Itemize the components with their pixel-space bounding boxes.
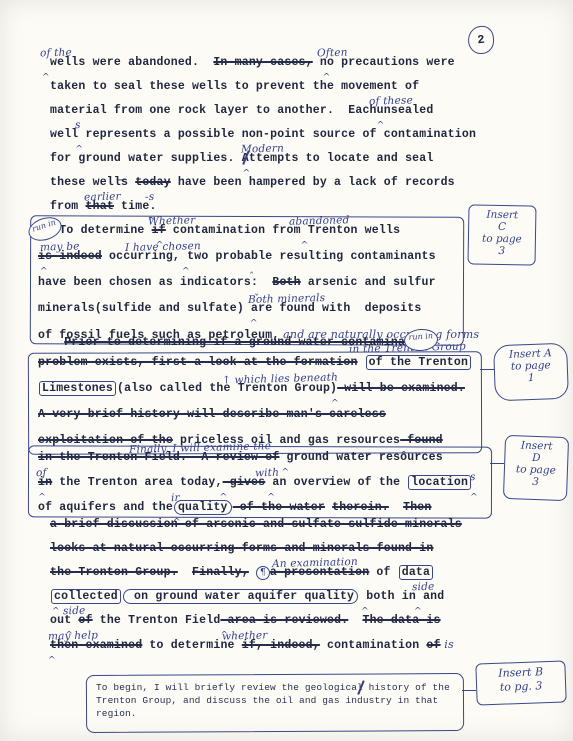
- handwritten-note: may help: [48, 630, 98, 642]
- handwritten-note: with: [255, 468, 279, 480]
- insert-note-line: 3: [506, 475, 564, 489]
- insert-note-line: to pg. 3: [479, 679, 563, 696]
- typed-text: contamination: [320, 639, 427, 652]
- hand-boxed-text: collected: [51, 589, 121, 604]
- handwritten-note: -s: [145, 192, 155, 203]
- struck-text: looks at natural occurring forms and min…: [50, 542, 433, 555]
- insert-note-d: Insert D to page 3: [503, 435, 569, 501]
- struck-text: will be examined.: [337, 382, 465, 395]
- insert-a-connector-line: [480, 369, 494, 370]
- editing-mark: ^: [48, 656, 56, 666]
- slashed-letter: l: [357, 682, 363, 693]
- typed-text: [178, 566, 192, 579]
- typed-text: region.: [96, 708, 137, 719]
- insert-note-b: Insert B to pg. 3: [475, 660, 566, 705]
- insert-note-line: Insert: [471, 208, 533, 221]
- typed-text: [50, 336, 64, 349]
- page-number: 2: [467, 25, 496, 56]
- insert-note-line: 1: [497, 371, 565, 385]
- text-line: ^collected on ground water aquifer quali…: [50, 590, 462, 614]
- typed-text: of aquifers: [38, 501, 116, 514]
- insert-note-line: 3: [471, 244, 533, 257]
- pilcrow-mark: ¶: [256, 566, 270, 580]
- typed-text: two probable resulting contaminants: [180, 250, 436, 263]
- handwritten-note: of: [36, 468, 47, 479]
- struck-text: a brief discussion of arsenic and sulfat…: [50, 518, 462, 531]
- text-line: To begin, I will briefly review the geol…: [96, 682, 450, 695]
- text-line: may help^then examined to determine whet…: [50, 638, 462, 662]
- text-line: region.: [96, 708, 450, 721]
- typed-text: minerals: [38, 302, 95, 315]
- hand-boxed-text: of the Trenton: [366, 355, 471, 370]
- text-line: the Trenton Group. Finally, ¶An examinat…: [50, 566, 462, 590]
- handwritten-note: Both minerals: [248, 293, 326, 306]
- text-line: To determine ifWhether^ contamination fr…: [38, 224, 479, 250]
- typed-text: material from one rock layer to another.…: [50, 104, 377, 117]
- text-line: material from one rock layer to another.…: [50, 104, 476, 128]
- text-line: Limestones(also called the Trenton Group…: [38, 382, 472, 408]
- typed-addition-text: To begin, I will briefly review the geol…: [96, 682, 450, 721]
- typed-text: these wells: [50, 176, 135, 189]
- struck-text: Prior to determining if a ground water c…: [64, 336, 433, 349]
- insert-note-line: C: [471, 220, 533, 233]
- insert-note-line: to page: [507, 463, 565, 477]
- typed-text: (sulfide and sulfate): [95, 302, 244, 315]
- insert-b-connector-line: [462, 690, 476, 691]
- handwritten-note: Whether: [148, 215, 196, 227]
- typed-text: have been chosen as indicators: [38, 276, 251, 289]
- typed-text: [389, 501, 403, 514]
- text-line: may be^is indeed occurring,I have chosen…: [38, 250, 479, 276]
- typed-text: from: [50, 200, 86, 213]
- struck-text: A very brief history will describe man's…: [38, 408, 386, 421]
- handwritten-note: abandoned: [289, 215, 350, 228]
- typed-text: arsenic and sulfur: [301, 276, 436, 289]
- typed-text: the Trenton Field: [93, 614, 221, 627]
- struck-text: found: [400, 434, 443, 447]
- typed-text: represents a possible non-point source o…: [78, 128, 476, 141]
- text-line: from earlierthat time-s^.: [50, 200, 476, 224]
- typed-text: an overview of the: [265, 476, 407, 489]
- typed-text: for ground: [50, 152, 121, 165]
- editing-mark: ^: [42, 73, 50, 83]
- typed-text: of: [369, 566, 397, 579]
- struck-text: the Trenton Group.: [50, 566, 178, 579]
- typed-text: water resources: [329, 451, 443, 464]
- struck-text: of: [426, 639, 440, 652]
- opening-paragraph: of the^wells were abandoned. In many cas…: [50, 56, 476, 224]
- typed-text: To begin, I will briefly review the geol…: [96, 682, 357, 693]
- handwritten-text: is: [441, 638, 454, 651]
- typed-text: wells were abandoned.: [50, 56, 213, 69]
- handwritten-note: side: [63, 606, 86, 618]
- handwritten-note: of the: [40, 48, 72, 60]
- closing-paragraph: a brief discussion of arsenic and sulfat…: [50, 518, 462, 662]
- handwritten-note: may be: [40, 241, 80, 253]
- handwritten-note: ir: [171, 493, 180, 504]
- text-line: of the^wells were abandoned. In many cas…: [50, 56, 476, 80]
- handwritten-note: Often: [317, 48, 348, 60]
- typed-text: ground: [279, 451, 329, 464]
- hand-circled-text: quality: [174, 500, 232, 515]
- text-line: a brief discussion of arsenic and sulfat…: [50, 518, 462, 542]
- handwritten-note: ˆ: [248, 272, 254, 283]
- typed-text: [249, 566, 256, 579]
- typed-text: [258, 276, 272, 289]
- text-line: A very brief history will describe man's…: [38, 408, 472, 434]
- slashed-letter: A: [242, 152, 249, 165]
- hand-circled-text: on ground water aquifer quality: [123, 589, 358, 604]
- typed-text: [358, 356, 365, 369]
- insert-note-line: to page: [471, 232, 533, 245]
- insert-note-c: Insert C to page 3: [467, 204, 536, 265]
- typed-text: the Trenton area today,: [52, 476, 222, 489]
- struck-text: In many cases,: [213, 56, 312, 69]
- handwritten-note: An examination: [272, 557, 358, 570]
- typed-text: [348, 614, 362, 627]
- struck-text: area is reviewed.: [220, 614, 348, 627]
- hand-boxed-text: location: [408, 475, 471, 490]
- handwritten-note: side: [412, 582, 435, 594]
- hand-boxed-text: data: [399, 565, 433, 580]
- struck-text: today: [135, 176, 171, 189]
- boxed-paragraph-3-text: in the Trenton Field. A review ofFinally…: [38, 451, 472, 526]
- text-line: for ground‿ water supplies.Modern^ Attem…: [50, 152, 476, 176]
- struck-text: therein.: [332, 501, 389, 514]
- text-line: Trenton Group, and discuss the oil and g…: [96, 695, 450, 708]
- struck-text: The data is: [362, 614, 440, 627]
- handwritten-note: I have chosen: [125, 241, 201, 254]
- typed-text: history of the: [363, 682, 450, 693]
- handwritten-note: of these: [369, 95, 413, 107]
- handwritten-note: s: [75, 120, 81, 131]
- insert-d-connector-line: [490, 463, 504, 464]
- text-line: minerals(sulfide and sulfate)Both minera…: [38, 302, 479, 328]
- struck-text: Both: [272, 276, 300, 289]
- struck-text: of the water: [233, 501, 325, 514]
- typed-text: and the: [116, 501, 173, 514]
- text-line: inof^ the Trenton area today,^ giveswith…: [38, 476, 472, 501]
- struck-text: problem exists, first a look at the form…: [38, 356, 358, 369]
- struck-text: Then: [403, 501, 431, 514]
- typed-text: both in: [359, 590, 416, 603]
- typed-text: have been hampered by a lack of records: [171, 176, 455, 189]
- text-line: looks at natural occurring forms and min…: [50, 542, 462, 566]
- hand-boxed-text: Limestones: [39, 381, 116, 396]
- struck-text: Finally,: [192, 566, 249, 579]
- handwritten-note: earlier: [83, 192, 120, 204]
- typed-text: water supplies.: [121, 152, 235, 165]
- manuscript-page: 2 of the^wells were abandoned. In many c…: [0, 0, 573, 741]
- handwritten-note: whether: [222, 630, 268, 642]
- typed-text: taken to seal these wells to prevent the…: [50, 80, 419, 93]
- page-number-value: 2: [477, 33, 486, 48]
- typed-text: Trenton Group, and discuss the oil and g…: [96, 695, 438, 706]
- insert-note-a: Insert A to page 1: [493, 343, 569, 402]
- handwritten-note: s: [470, 472, 476, 483]
